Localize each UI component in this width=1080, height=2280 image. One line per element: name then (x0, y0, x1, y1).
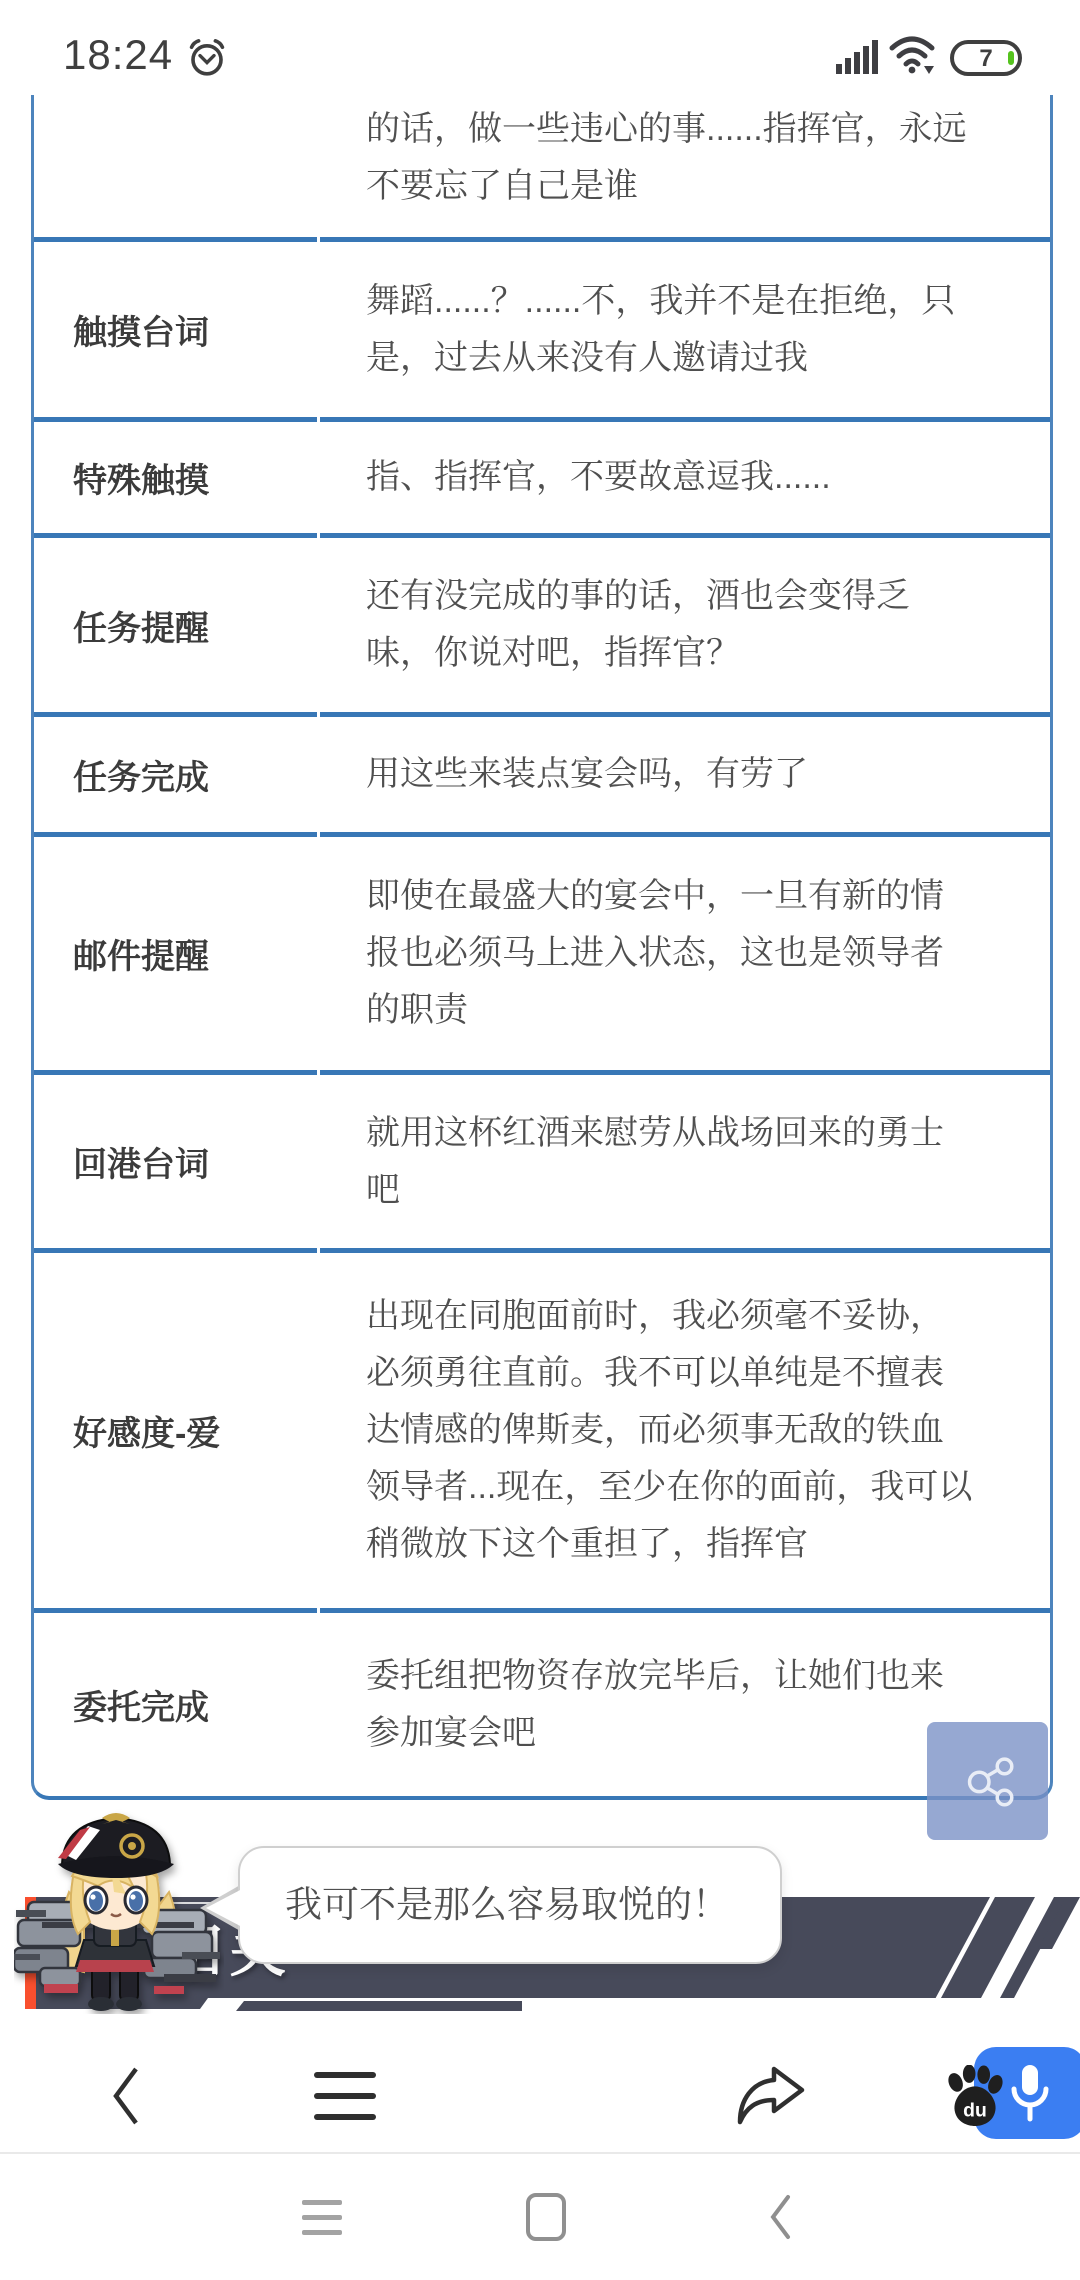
row-content: 舞蹈......？......不，我并不是在拒绝，只 是，过去从来没有人邀请过我 (366, 273, 955, 387)
table-row: 的话，做一些违心的事......指挥官，永远 不要忘了自己是谁 (34, 95, 1050, 242)
hamburger-menu-icon (314, 2072, 376, 2120)
chibi-character-image (14, 1802, 224, 2014)
android-home-button[interactable] (496, 2154, 596, 2280)
share-nodes-icon (955, 1748, 1021, 1814)
row-label: 触摸台词 (34, 242, 317, 422)
table-row: 特殊触摸 指、指挥官，不要故意逗我...... (34, 422, 1050, 538)
row-label: 回港台词 (34, 1075, 317, 1253)
wifi-icon (888, 34, 940, 83)
alarm-icon (186, 36, 228, 83)
row-content: 指、指挥官，不要故意逗我...... (366, 449, 831, 506)
baidu-paw-icon: du (944, 2065, 1006, 2127)
browser-toolbar: du (0, 2040, 1080, 2152)
battery-icon: 7 (950, 40, 1022, 76)
table-row: 邮件提醒 即使在最盛大的宴会中，一旦有新的情 报也必须马上进入状态，这也是领导者… (34, 837, 1050, 1075)
table-row: 回港台词 就用这杯红酒来慰劳从战场回来的勇士 吧 (34, 1075, 1050, 1253)
row-content: 即使在最盛大的宴会中，一旦有新的情 报也必须马上进入状态，这也是领导者 的职责 (366, 868, 944, 1039)
baidu-home-button[interactable]: du (920, 2040, 1030, 2152)
speech-bubble: 我可不是那么容易取悦的！ (238, 1846, 782, 1964)
chevron-left-icon (108, 2065, 142, 2127)
signal-icon (836, 38, 882, 79)
row-label: 邮件提醒 (34, 837, 317, 1075)
row-content: 还有没完成的事的话，酒也会变得乏 味，你说对吧，指挥官？ (366, 568, 910, 682)
voice-search-button[interactable] (484, 2040, 608, 2152)
svg-text:du: du (963, 2099, 987, 2121)
home-square-icon (526, 2193, 566, 2241)
browser-share-button[interactable] (715, 2040, 825, 2152)
forward-arrow-icon (734, 2066, 806, 2126)
table-row: 任务完成 用这些来装点宴会吗，有劳了 (34, 717, 1050, 837)
android-nav-bar (0, 2154, 1080, 2280)
floating-share-button[interactable] (927, 1722, 1048, 1840)
row-label: 特殊触摸 (34, 422, 317, 538)
clock-time: 18:24 (63, 31, 173, 79)
row-content: 就用这杯红酒来慰劳从战场回来的勇士 吧 (366, 1105, 944, 1219)
row-label: 任务提醒 (34, 538, 317, 717)
row-label: 任务完成 (34, 717, 317, 837)
android-menu-button[interactable] (272, 2154, 372, 2280)
status-bar: 18:24 (0, 0, 1080, 95)
speech-bubble-tail-fill (206, 1888, 244, 1928)
table-row: 委托完成 委托组把物资存放完毕后，让她们也来 参加宴会吧 (34, 1613, 1050, 1796)
chevron-left-icon (768, 2193, 792, 2241)
table-row: 任务提醒 还有没完成的事的话，酒也会变得乏 味，你说对吧，指挥官？ (34, 538, 1050, 717)
quote-table: 的话，做一些违心的事......指挥官，永远 不要忘了自己是谁 触摸台词 舞蹈.… (31, 95, 1053, 1800)
banner-echo-bar (236, 2001, 522, 2011)
row-label (34, 95, 317, 242)
row-label: 委托完成 (34, 1613, 317, 1796)
speech-bubble-text: 我可不是那么容易取悦的！ (285, 1848, 729, 1962)
row-content: 委托组把物资存放完毕后，让她们也来 参加宴会吧 (366, 1648, 944, 1762)
browser-menu-button[interactable] (290, 2040, 400, 2152)
table-row: 好感度-爱 出现在同胞面前时，我必须毫不妥协， 必须勇往直前。我不可以单纯是不擅… (34, 1253, 1050, 1613)
browser-back-button[interactable] (80, 2040, 170, 2152)
phone-screen: 18:24 (0, 0, 1080, 2280)
android-back-button[interactable] (730, 2154, 830, 2280)
row-content: 出现在同胞面前时，我必须毫不妥协， 必须勇往直前。我不可以单纯是不擅表 达情感的… (366, 1288, 972, 1573)
row-content: 用这些来装点宴会吗，有劳了 (366, 746, 808, 803)
row-label: 好感度-爱 (34, 1253, 317, 1613)
hamburger-menu-icon (302, 2200, 342, 2235)
battery-charge-tick (1008, 51, 1014, 65)
table-row: 触摸台词 舞蹈......？......不，我并不是在拒绝，只 是，过去从来没有… (34, 242, 1050, 422)
row-content: 的话，做一些违心的事......指挥官，永远 不要忘了自己是谁 (366, 101, 967, 215)
